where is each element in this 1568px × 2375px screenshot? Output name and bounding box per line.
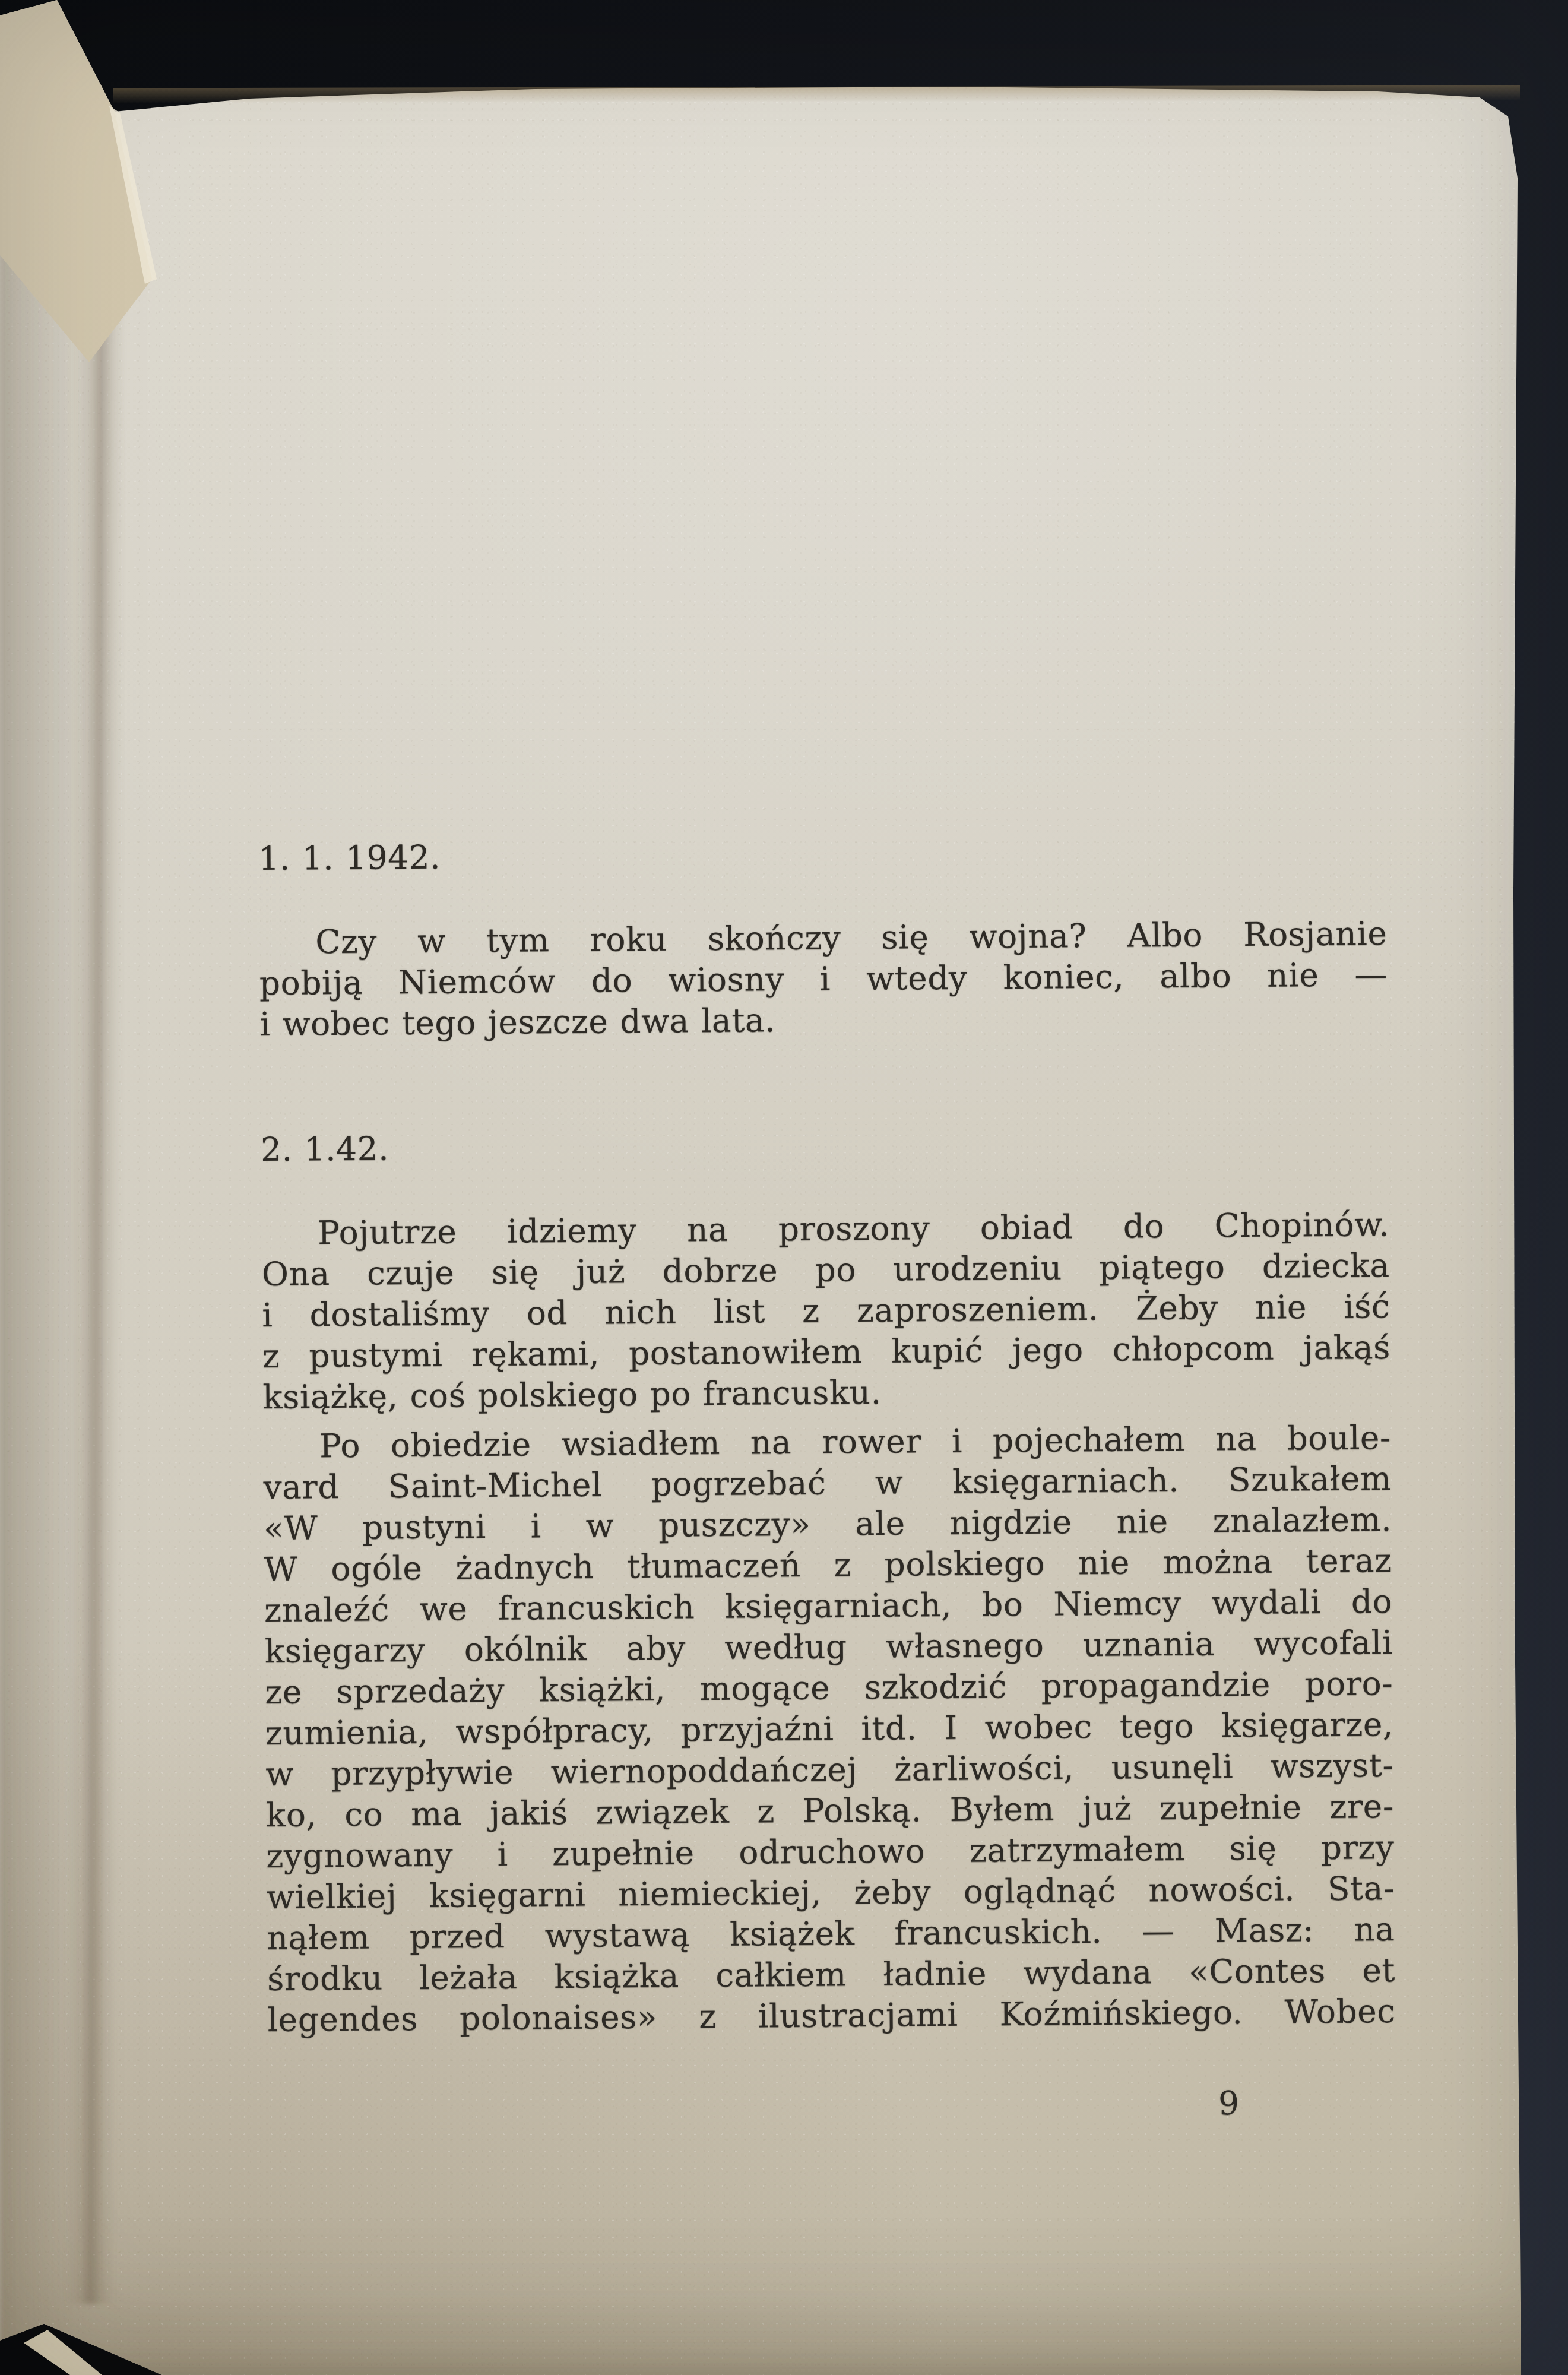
paragraph: Po obiedzie wsiadłem na rower i pojechał… bbox=[263, 1417, 1396, 2041]
diary-entry: 2. 1.42.Pojutrze idziemy na proszony obi… bbox=[261, 1120, 1396, 2041]
text-line: i wobec tego jeszcze dwa lata. bbox=[259, 995, 1388, 1045]
diary-entry: 1. 1. 1942.Czy w tym roku skończy się wo… bbox=[258, 829, 1388, 1045]
entry-date: 1. 1. 1942. bbox=[258, 829, 1386, 879]
page-number: 9 bbox=[1218, 2083, 1240, 2124]
paragraph: Pojutrze idziemy na proszony obiad do Ch… bbox=[261, 1204, 1391, 1418]
page-top-edge bbox=[113, 85, 1520, 104]
paragraph: Czy w tym roku skończy się wojna? Albo R… bbox=[259, 913, 1388, 1045]
entry-date: 2. 1.42. bbox=[261, 1120, 1389, 1170]
text-line: książkę, coś polskiego po francusku. bbox=[262, 1368, 1390, 1418]
page-text: 1. 1. 1942.Czy w tym roku skończy się wo… bbox=[258, 829, 1396, 2041]
book-photo: 1. 1. 1942.Czy w tym roku skończy się wo… bbox=[0, 0, 1568, 2375]
